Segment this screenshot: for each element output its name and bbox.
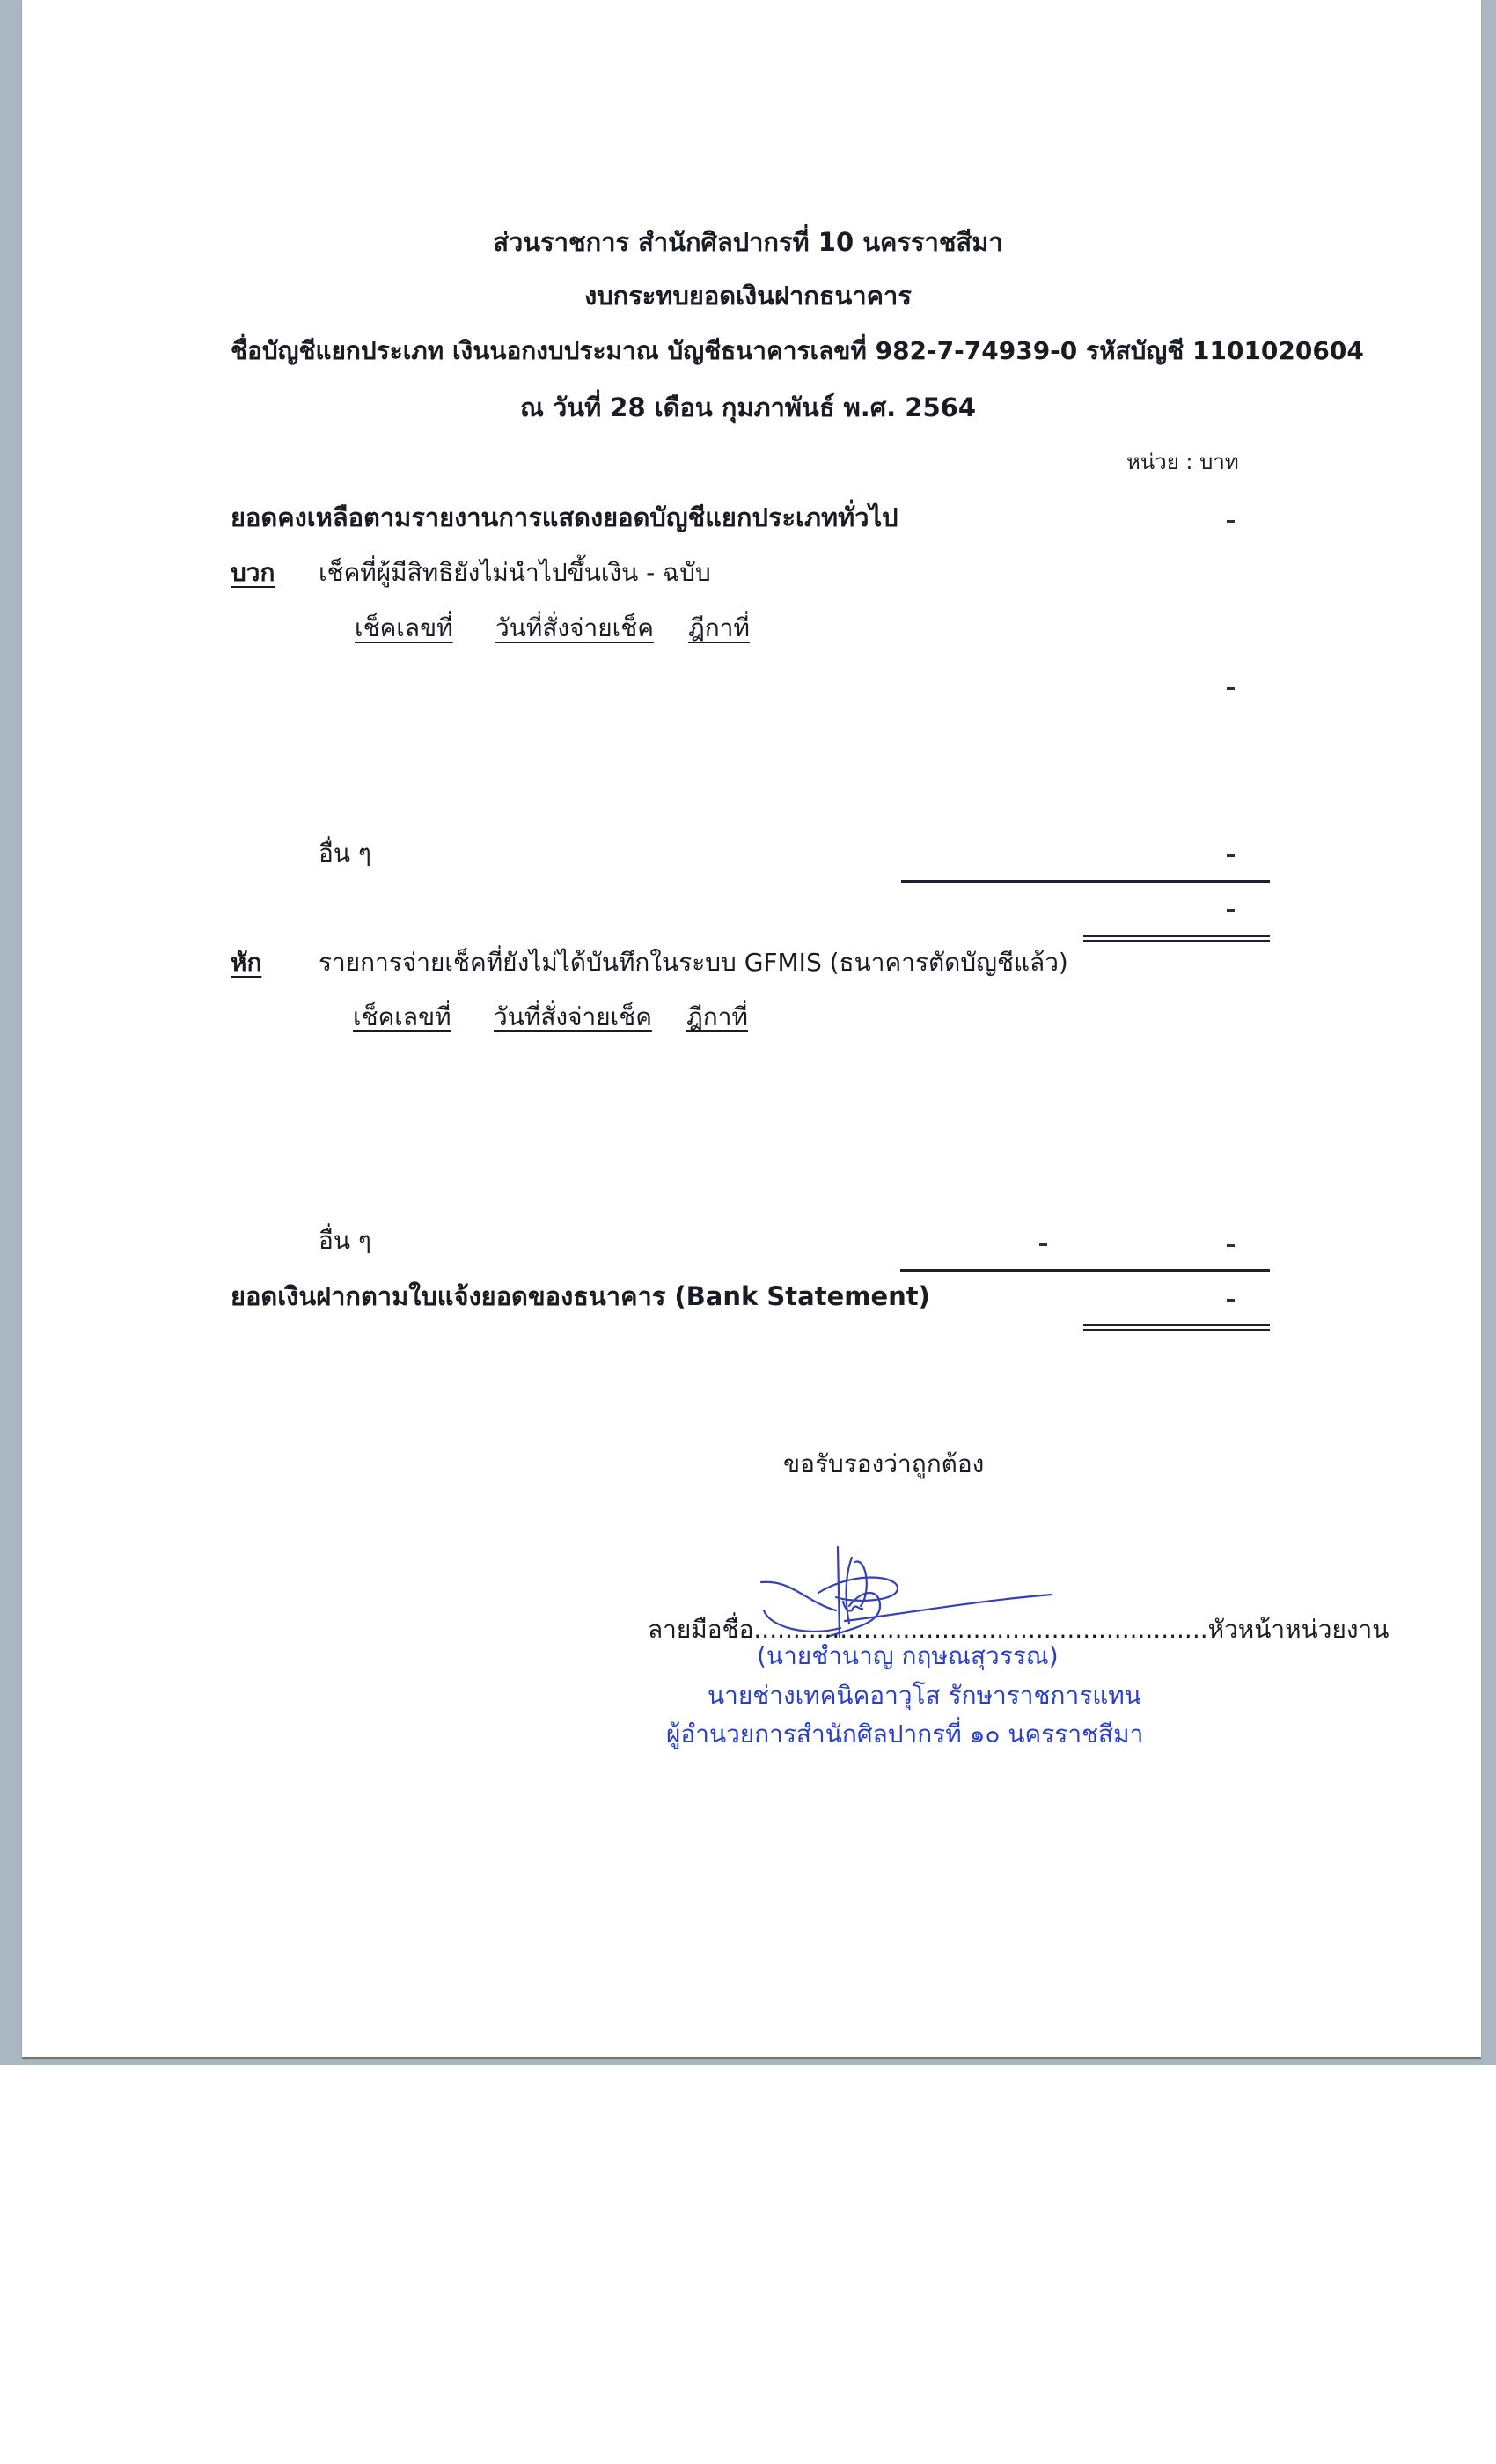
add-col-check-date: วันที่สั่งจ่ายเช็ค [495,616,654,641]
deduct-other-amount-left [1039,1243,1047,1246]
add-subtotal-rule [901,880,1270,883]
signer-title: นายช่างเทคนิคอาวุโส รักษาราชการแทน [708,1683,1141,1708]
gl-balance-label: ยอดคงเหลือตามรายงานการแสดงยอดบัญชีแยกประ… [231,505,898,531]
gl-balance-amount [1227,520,1235,523]
add-other-label: อื่น ๆ [319,841,371,866]
deduct-col-voucher-no: ฎีกาที่ [686,1005,748,1030]
add-other-amount [1227,854,1235,857]
add-double-rule-top [1083,935,1270,937]
certify-text: ขอรับรองว่าถูกต้อง [783,1452,984,1477]
signature-line: ลายมือชื่อ..............................… [648,1617,1389,1642]
deduct-other-label: อื่น ๆ [319,1228,371,1253]
position-label: หัวหน้าหน่วยงาน [1208,1615,1390,1644]
add-checks-amount [1227,687,1235,690]
signature-dots: ........................................… [753,1615,1207,1644]
unit-label: หน่วย : บาท [1126,451,1239,473]
deduct-marker: หัก [231,950,261,975]
bank-double-rule-top [1083,1324,1270,1326]
add-col-check-no: เช็คเลขที่ [355,616,453,641]
signer-name: (นายชำนาญ กฤษณสุวรรณ) [757,1644,1059,1668]
deduct-col-check-date: วันที่สั่งจ่ายเช็ค [494,1005,652,1030]
bank-double-rule-bottom [1083,1329,1270,1331]
add-col-voucher-no: ฎีกาที่ [688,616,750,641]
header-account: ชื่อบัญชีแยกประเภท เงินนอกงบประมาณ บัญชี… [231,339,1364,363]
deduct-col-check-no: เช็คเลขที่ [353,1005,451,1030]
header-title: งบกระทบยอดเงินฝากธนาคาร [0,283,1496,309]
bank-statement-label: ยอดเงินฝากตามใบแจ้งยอดของธนาคาร (Bank St… [231,1284,930,1309]
header-agency: ส่วนราชการ สำนักศิลปากรที่ 10 นครราชสีมา [0,230,1496,255]
header-date: ณ วันที่ 28 เดือน กุมภาพันธ์ พ.ศ. 2564 [0,395,1496,421]
deduct-subtotal-rule [900,1269,1270,1272]
add-marker: บวก [231,561,275,585]
bank-statement-amount [1227,1299,1235,1302]
add-subtotal-amount [1227,909,1235,912]
deduct-description: รายการจ่ายเช็คที่ยังไม่ได้บันทึกในระบบ G… [319,950,1068,975]
deduct-other-amount-right [1227,1244,1235,1247]
signer-org: ผู้อำนวยการสำนักศิลปากรที่ ๑๐ นครราชสีมา [666,1722,1143,1747]
signature-label: ลายมือชื่อ [648,1615,753,1644]
add-double-rule-bottom [1083,940,1270,942]
add-description: เช็คที่ผู้มีสิทธิยังไม่นำไปขึ้นเงิน - ฉบ… [319,561,711,585]
